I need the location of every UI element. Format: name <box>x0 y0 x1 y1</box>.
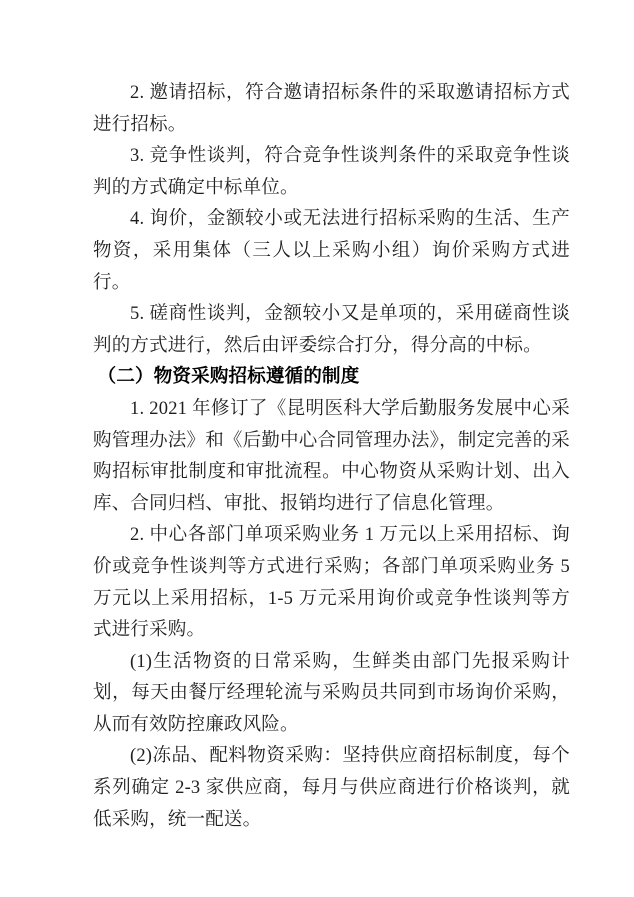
paragraph-competitive-negotiation: 3. 竞争性谈判，符合竞争性谈判条件的采取竞争性谈判的方式确定中标单位。 <box>93 141 570 204</box>
paragraph-price-inquiry: 4. 询价，金额较小或无法进行招标采购的生活、生产物资，采用集体（三人以上采购小… <box>93 204 570 299</box>
paragraph-frozen-goods: (2)冻品、配料物资采购：坚持供应商招标制度，每个系列确定 2-3 家供应商，每… <box>93 741 570 836</box>
paragraph-department-thresholds: 2. 中心各部门单项采购业务 1 万元以上采用招标、询价或竞争性谈判等方式进行采… <box>93 520 570 646</box>
paragraph-daily-groceries: (1)生活物资的日常采购，生鲜类由部门先报采购计划，每天由餐厅经理轮流与采购员共… <box>93 647 570 742</box>
paragraph-consultative-negotiation: 5. 磋商性谈判，金额较小又是单项的，采用磋商性谈判的方式进行，然后由评委综合打… <box>93 299 570 362</box>
paragraph-invited-bidding: 2. 邀请招标，符合邀请招标条件的采取邀请招标方式进行招标。 <box>93 78 570 141</box>
paragraph-2021-regulations: 1. 2021 年修订了《昆明医科大学后勤服务发展中心采购管理办法》和《后勤中心… <box>93 394 570 520</box>
document-text-block: 2. 邀请招标，符合邀请招标条件的采取邀请招标方式进行招标。 3. 竞争性谈判，… <box>93 78 570 836</box>
section-heading-procurement-system: （二）物资采购招标遵循的制度 <box>93 362 570 394</box>
document-page: 2. 邀请招标，符合邀请招标条件的采取邀请招标方式进行招标。 3. 竞争性谈判，… <box>0 0 634 897</box>
